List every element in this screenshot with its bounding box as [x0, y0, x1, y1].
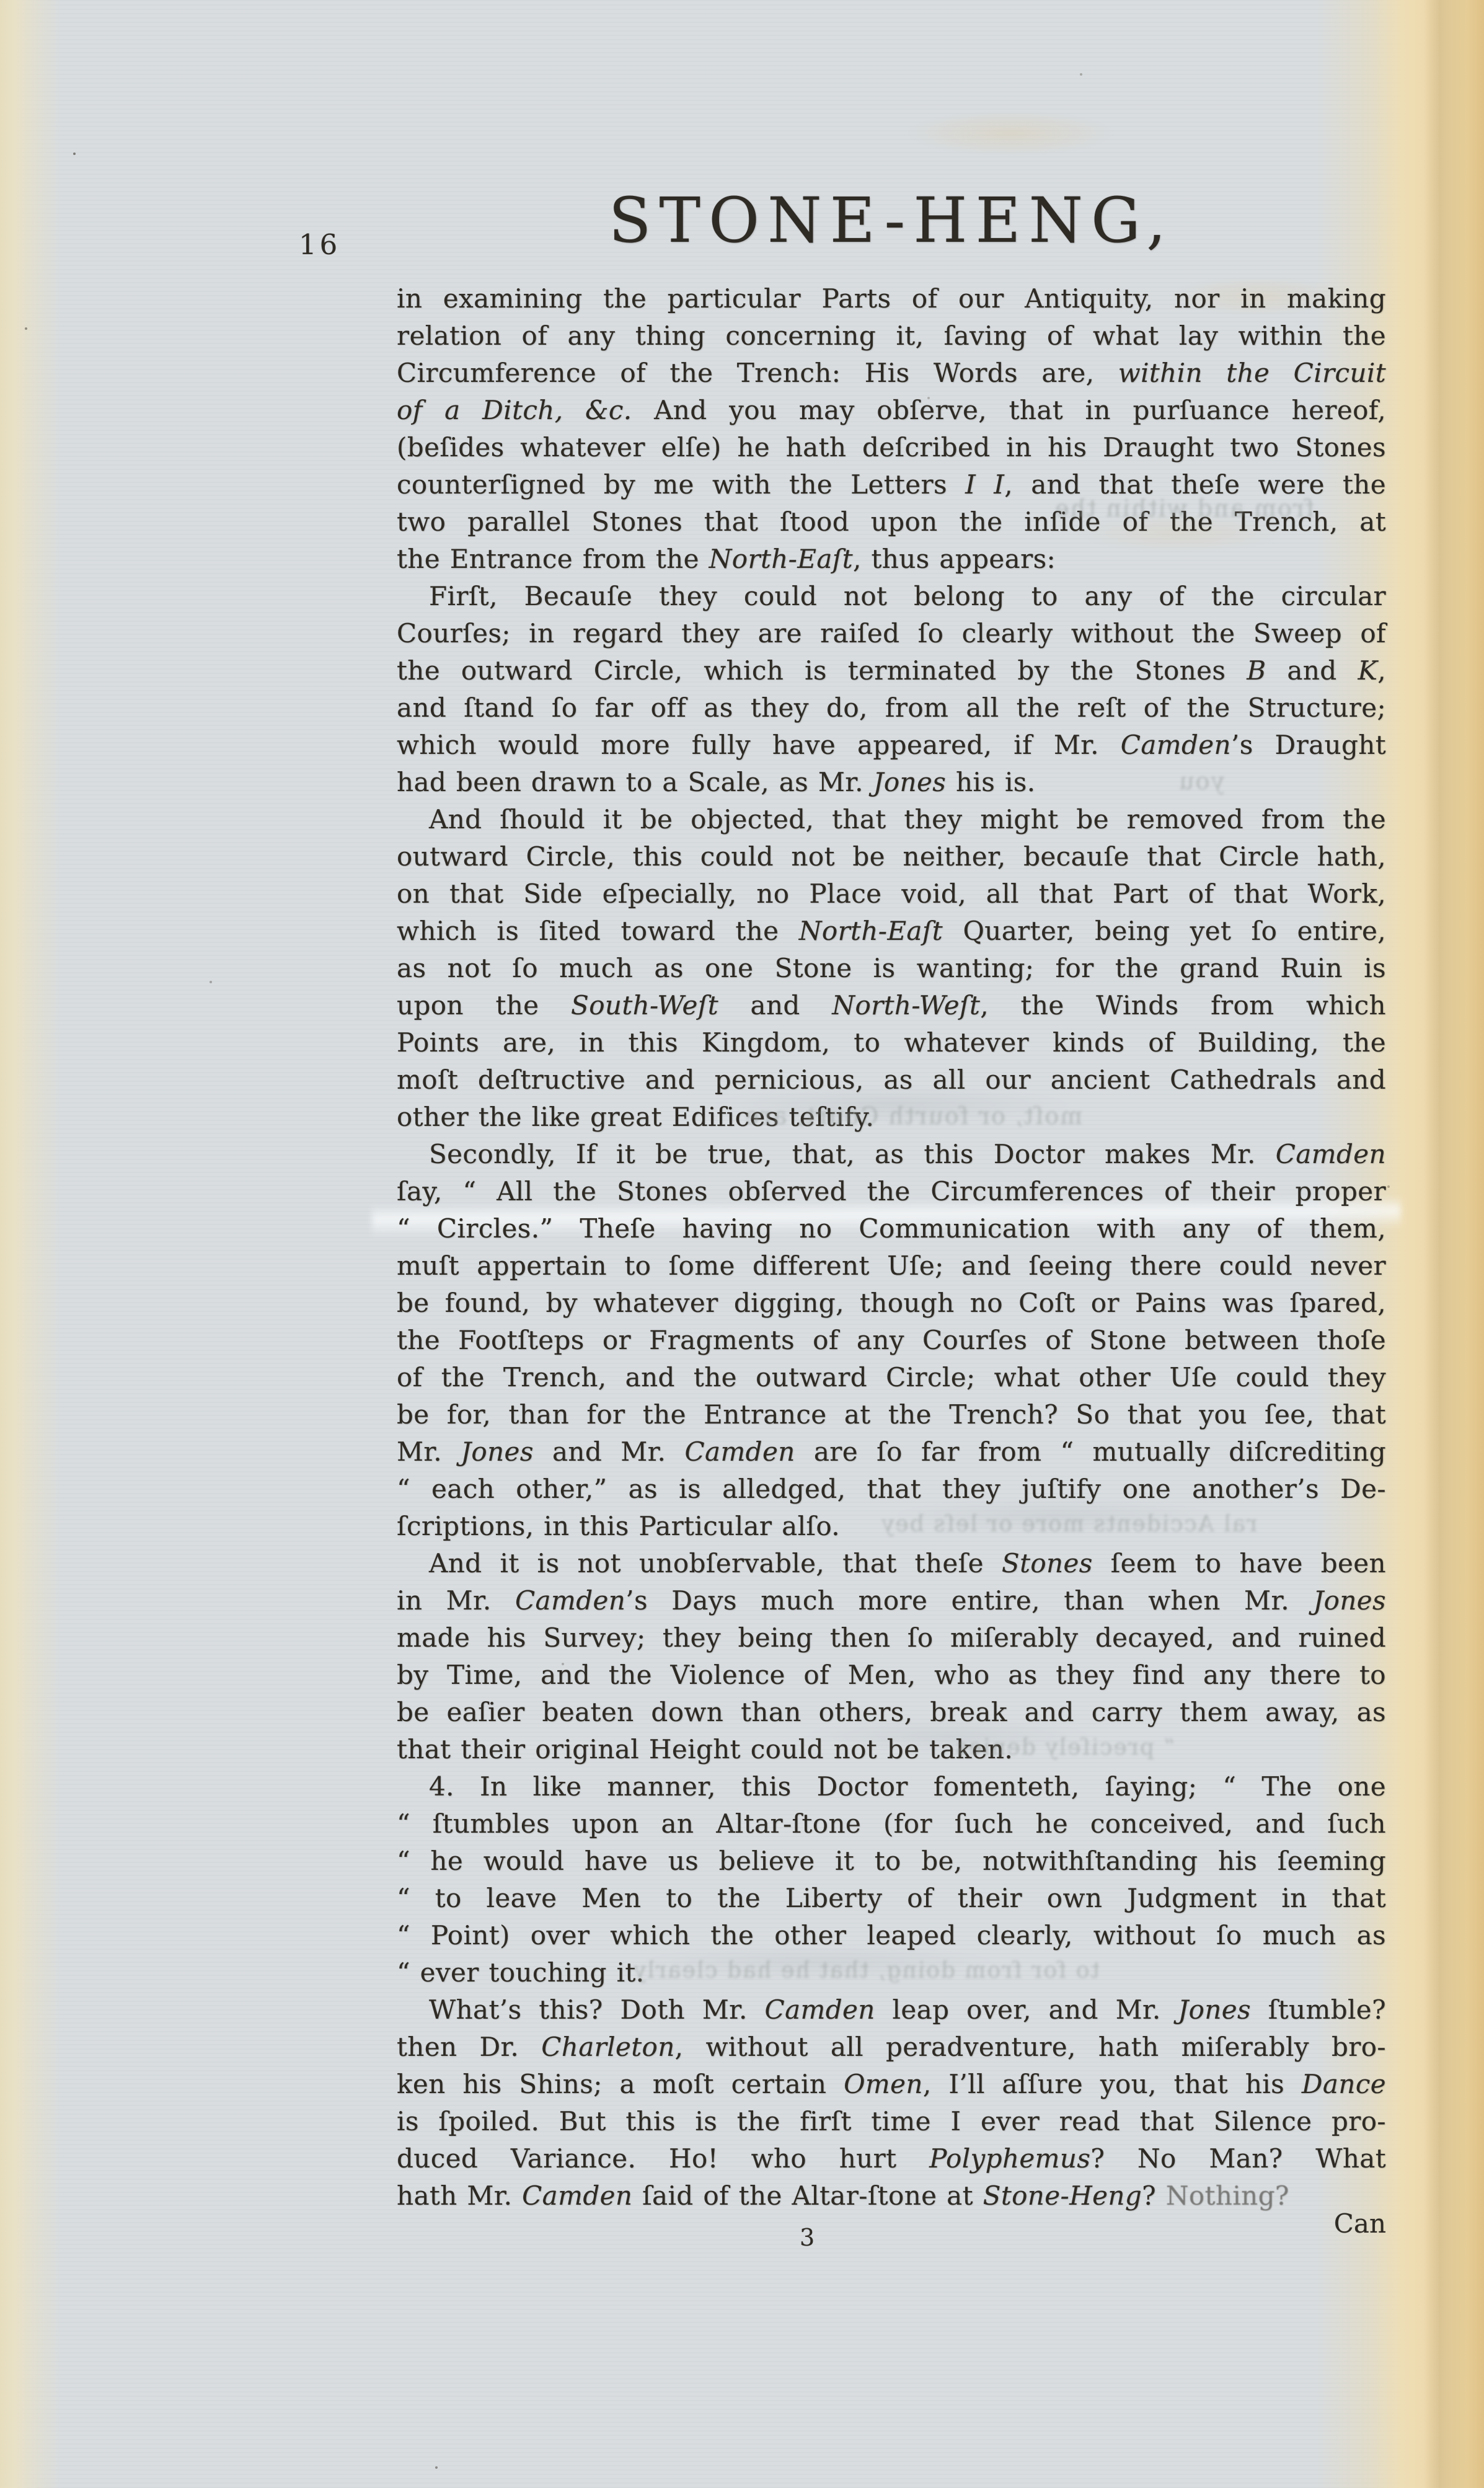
- text-segment: “ each other,” as is alledged, that they…: [397, 1474, 1386, 1504]
- italic-text-segment: North-Eaſt: [709, 544, 853, 574]
- text-line: (beſides whatever elſe) he hath deſcribe…: [397, 429, 1386, 466]
- text-line: which is ſited toward the North-Eaſt Qua…: [397, 913, 1386, 950]
- book-page-scan: 16 STONE-HENG, in examining the particul…: [0, 0, 1484, 2488]
- text-line: ſay, “ All the Stones obſerved the Circu…: [397, 1173, 1386, 1210]
- text-segment: ken his Shins; a moſt certain: [397, 2069, 844, 2099]
- italic-text-segment: B: [1247, 655, 1266, 686]
- text-line: the Footſteps or Fragments of any Courſe…: [397, 1322, 1386, 1359]
- bleedthrough-text: to for from doing, that he had clearly: [632, 1958, 1100, 1983]
- text-segment: then Dr.: [397, 2032, 541, 2062]
- italic-text-segment: Jones: [461, 1437, 534, 1467]
- text-segment: leap over, and Mr.: [875, 1994, 1178, 2025]
- text-line: had been drawn to a Scale, as Mr. Jones …: [397, 764, 1386, 801]
- text-segment: and Mr.: [534, 1437, 685, 1467]
- text-segment: relation of any thing concerning it, ſav…: [397, 321, 1386, 351]
- text-line: And ſhould it be objected, that they mig…: [397, 801, 1386, 838]
- signature-mark: 3: [800, 2226, 815, 2249]
- text-segment: “ ſtumbles upon an Altar-ſtone (for ſuch…: [397, 1808, 1386, 1839]
- text-line: upon the South-Weſt and North-Weſt, the …: [397, 987, 1386, 1024]
- italic-text-segment: Camden: [1276, 1139, 1386, 1169]
- italic-text-segment: Camden: [684, 1437, 795, 1467]
- text-line: by Time, and the Violence of Men, who as…: [397, 1657, 1386, 1694]
- text-segment: Points are, in this Kingdom, to whatever…: [397, 1027, 1386, 1058]
- italic-text-segment: Charleton: [541, 2032, 674, 2062]
- text-line: Mr. Jones and Mr. Camden are ſo far from…: [397, 1433, 1386, 1471]
- text-line: “ Point) over which the other leaped cle…: [397, 1917, 1386, 1954]
- text-segment: and: [718, 990, 832, 1020]
- text-segment: ſcriptions, in this Particular alſo.: [397, 1511, 840, 1541]
- page-number: 16: [299, 231, 340, 259]
- text-line: moſt deſtructive and pernicious, as all …: [397, 1061, 1386, 1099]
- italic-text-segment: Polyphemus: [929, 2143, 1090, 2174]
- text-segment: Firſt, Becauſe they could not belong to …: [429, 581, 1386, 611]
- text-segment: “ to leave Men to the Liberty of their o…: [397, 1883, 1386, 1913]
- text-segment: , the Winds from which: [980, 990, 1386, 1020]
- text-segment: Courſes; in regard they are raiſed ſo cl…: [397, 618, 1386, 649]
- italic-text-segment: Stone-Heng: [983, 2180, 1142, 2211]
- text-segment: be found, by whatever digging, though no…: [397, 1288, 1386, 1318]
- text-line: ken his Shins; a moſt certain Omen, I’ll…: [397, 2066, 1386, 2103]
- text-segment: had been drawn to a Scale, as Mr.: [397, 767, 873, 797]
- text-segment: are ſo far from “ mutually diſcrediting: [795, 1437, 1386, 1467]
- text-line: the Entrance from the North-Eaſt, thus a…: [397, 541, 1386, 578]
- text-line: What’s this? Doth Mr. Camden leap over, …: [397, 1991, 1386, 2029]
- text-segment: in examining the particular Parts of our…: [397, 283, 1386, 314]
- text-segment: made his Survey; they being then ſo miſe…: [397, 1623, 1386, 1653]
- text-line: “ each other,” as is alledged, that they…: [397, 1471, 1386, 1508]
- italic-text-segment: K: [1358, 655, 1377, 686]
- text-segment: and ſtand ſo far off as they do, from al…: [397, 693, 1386, 723]
- text-line: “ to leave Men to the Liberty of their o…: [397, 1880, 1386, 1917]
- text-segment: “ Point) over which the other leaped cle…: [397, 1920, 1386, 1950]
- text-segment: be for, than for the Entrance at the Tre…: [397, 1399, 1386, 1430]
- text-segment: that their original Height could not be …: [397, 1734, 1013, 1764]
- text-segment: ’s Draught: [1231, 730, 1386, 760]
- text-segment: ,: [1377, 655, 1386, 686]
- bleedthrough-text: moſt, or fourth Court, are: [744, 1102, 1082, 1130]
- italic-text-segment: Camden: [765, 1994, 875, 2025]
- text-segment: the outward Circle, which is terminated …: [397, 655, 1247, 686]
- text-segment: And you may obſerve, that in purſuance h…: [632, 395, 1386, 425]
- text-segment: “ Circles.” Theſe having no Communicatio…: [397, 1213, 1386, 1244]
- text-segment: moſt deſtructive and pernicious, as all …: [397, 1065, 1386, 1095]
- text-segment: ’s Days much more entire, than when Mr.: [625, 1585, 1313, 1616]
- text-segment: And it is not unobſervable, that theſe: [429, 1548, 1002, 1578]
- text-line: “ he would have us believe it to be, not…: [397, 1843, 1386, 1880]
- text-segment: ? No Man? What: [1090, 2143, 1386, 2174]
- text-line: relation of any thing concerning it, ſav…: [397, 317, 1386, 355]
- italic-text-segment: Jones: [873, 767, 947, 797]
- text-line: is ſpoiled. But this is the firſt time I…: [397, 2103, 1386, 2140]
- text-segment: outward Circle, this could not be neithe…: [397, 841, 1386, 872]
- italic-text-segment: Camden: [515, 1585, 625, 1616]
- italic-text-segment: I I: [965, 469, 1004, 500]
- text-segment: of the Trench, and the outward Circle; w…: [397, 1362, 1386, 1392]
- text-line: be found, by whatever digging, though no…: [397, 1285, 1386, 1322]
- text-line: as not ſo much as one Stone is wanting; …: [397, 950, 1386, 987]
- text-line: which would more fully have appeared, if…: [397, 727, 1386, 764]
- italic-text-segment: North-Weſt: [832, 990, 980, 1020]
- text-line: muſt appertain to ſome different Uſe; an…: [397, 1247, 1386, 1285]
- text-line: “ ſtumbles upon an Altar-ſtone (for ſuch…: [397, 1805, 1386, 1843]
- catchword: Can: [397, 2211, 1386, 2237]
- text-segment: by Time, and the Violence of Men, who as…: [397, 1660, 1386, 1690]
- text-segment: hath Mr.: [397, 2180, 522, 2211]
- italic-text-segment: Dance: [1302, 2069, 1386, 2099]
- text-segment: (beſides whatever elſe) he hath deſcribe…: [397, 432, 1386, 463]
- text-segment: And ſhould it be objected, that they mig…: [429, 804, 1386, 834]
- text-line: that their original Height could not be …: [397, 1731, 1386, 1768]
- text-line: in Mr. Camden’s Days much more entire, t…: [397, 1582, 1386, 1619]
- italic-text-segment: Camden: [1121, 730, 1231, 760]
- italic-text-segment: Omen: [844, 2069, 923, 2099]
- italic-text-segment: within the Circuit: [1118, 358, 1386, 388]
- text-segment: Secondly, If it be true, that, as this D…: [429, 1139, 1276, 1169]
- text-line: made his Survey; they being then ſo miſe…: [397, 1619, 1386, 1657]
- text-segment: which is ſited toward the: [397, 916, 799, 946]
- text-segment: be eaſier beaten down than others, break…: [397, 1697, 1386, 1727]
- text-line: in examining the particular Parts of our…: [397, 280, 1386, 317]
- text-line: Points are, in this Kingdom, to whatever…: [397, 1024, 1386, 1061]
- italic-text-segment: Stones: [1002, 1548, 1093, 1578]
- text-segment: the Footſteps or Fragments of any Courſe…: [397, 1325, 1386, 1355]
- text-block: in examining the particular Parts of our…: [397, 280, 1386, 2215]
- bleedthrough-text: “ preciſely denies: [955, 1735, 1175, 1760]
- text-segment: 4. In like manner, this Doctor fomenteth…: [429, 1771, 1386, 1802]
- text-segment: , I’ll aſſure you, that his: [923, 2069, 1302, 2099]
- italic-text-segment: South-Weſt: [571, 990, 718, 1020]
- text-segment: What’s this? Doth Mr.: [429, 1994, 765, 2025]
- text-line: And it is not unobſervable, that theſe S…: [397, 1545, 1386, 1582]
- text-segment: ſeem to have been: [1093, 1548, 1386, 1578]
- text-segment: Mr.: [397, 1437, 461, 1467]
- text-segment: ſay, “ All the Stones obſerved the Circu…: [397, 1176, 1386, 1206]
- italic-text-segment: North-Eaſt: [799, 916, 943, 946]
- text-segment: ?: [1142, 2180, 1166, 2211]
- italic-text-segment: Camden: [522, 2180, 632, 2211]
- text-line: on that Side eſpecially, no Place void, …: [397, 875, 1386, 913]
- text-segment: the Entrance from the: [397, 544, 709, 574]
- text-segment: as not ſo much as one Stone is wanting; …: [397, 953, 1386, 983]
- text-segment: “ ever touching it.: [397, 1957, 644, 1988]
- text-segment: and: [1266, 655, 1358, 686]
- text-segment: on that Side eſpecially, no Place void, …: [397, 879, 1386, 909]
- page-title: STONE-HENG,: [397, 184, 1386, 258]
- bleedthrough-text: from and within the: [1054, 495, 1314, 522]
- italic-text-segment: Jones: [1178, 1994, 1251, 2025]
- text-segment: “ he would have us believe it to be, not…: [397, 1846, 1386, 1876]
- text-line: of the Trench, and the outward Circle; w…: [397, 1359, 1386, 1396]
- text-line: duced Variance. Ho! who hurt Polyphemus?…: [397, 2140, 1386, 2177]
- text-segment: , without all peradventure, hath miſerab…: [675, 2032, 1386, 2062]
- text-line: Circumference of the Trench: His Words a…: [397, 355, 1386, 392]
- text-line: Firſt, Becauſe they could not belong to …: [397, 578, 1386, 615]
- text-line: hath Mr. Camden ſaid of the Altar-ſtone …: [397, 2177, 1386, 2215]
- text-line: and ſtand ſo far off as they do, from al…: [397, 689, 1386, 727]
- text-segment: Quarter, being yet ſo entire,: [943, 916, 1386, 946]
- text-segment: , thus appears:: [853, 544, 1056, 574]
- text-segment: Nothing?: [1166, 2180, 1289, 2211]
- text-segment: in Mr.: [397, 1585, 515, 1616]
- bleedthrough-text: ral Accidents more or leſs bey: [880, 1512, 1257, 1537]
- text-segment: ſtumble?: [1251, 1994, 1386, 2025]
- text-line: “ Circles.” Theſe having no Communicatio…: [397, 1210, 1386, 1247]
- text-line: Secondly, If it be true, that, as this D…: [397, 1136, 1386, 1173]
- text-line: Courſes; in regard they are raiſed ſo cl…: [397, 615, 1386, 652]
- text-segment: is ſpoiled. But this is the firſt time I…: [397, 2106, 1386, 2136]
- text-segment: counterſigned by me with the Letters: [397, 469, 965, 500]
- text-line: of a Ditch, &c. And you may obſerve, tha…: [397, 392, 1386, 429]
- italic-text-segment: of a Ditch, &c.: [397, 395, 632, 425]
- paper-specks: [0, 0, 2, 2]
- text-segment: his is.: [946, 767, 1035, 797]
- text-segment: ſaid of the Altar-ſtone at: [632, 2180, 983, 2211]
- text-segment: duced Variance. Ho! who hurt: [397, 2143, 929, 2174]
- text-line: 4. In like manner, this Doctor fomenteth…: [397, 1768, 1386, 1805]
- text-line: be eaſier beaten down than others, break…: [397, 1694, 1386, 1731]
- text-segment: Circumference of the Trench: His Words a…: [397, 358, 1118, 388]
- text-line: outward Circle, this could not be neithe…: [397, 838, 1386, 875]
- text-segment: muſt appertain to ſome different Uſe; an…: [397, 1251, 1386, 1281]
- bleedthrough-text: you: [1178, 768, 1224, 795]
- text-line: be for, than for the Entrance at the Tre…: [397, 1396, 1386, 1433]
- text-line: then Dr. Charleton, without all peradven…: [397, 2029, 1386, 2066]
- text-segment: upon the: [397, 990, 571, 1020]
- text-segment: which would more fully have appeared, if…: [397, 730, 1121, 760]
- text-line: the outward Circle, which is terminated …: [397, 652, 1386, 689]
- italic-text-segment: Jones: [1313, 1585, 1386, 1616]
